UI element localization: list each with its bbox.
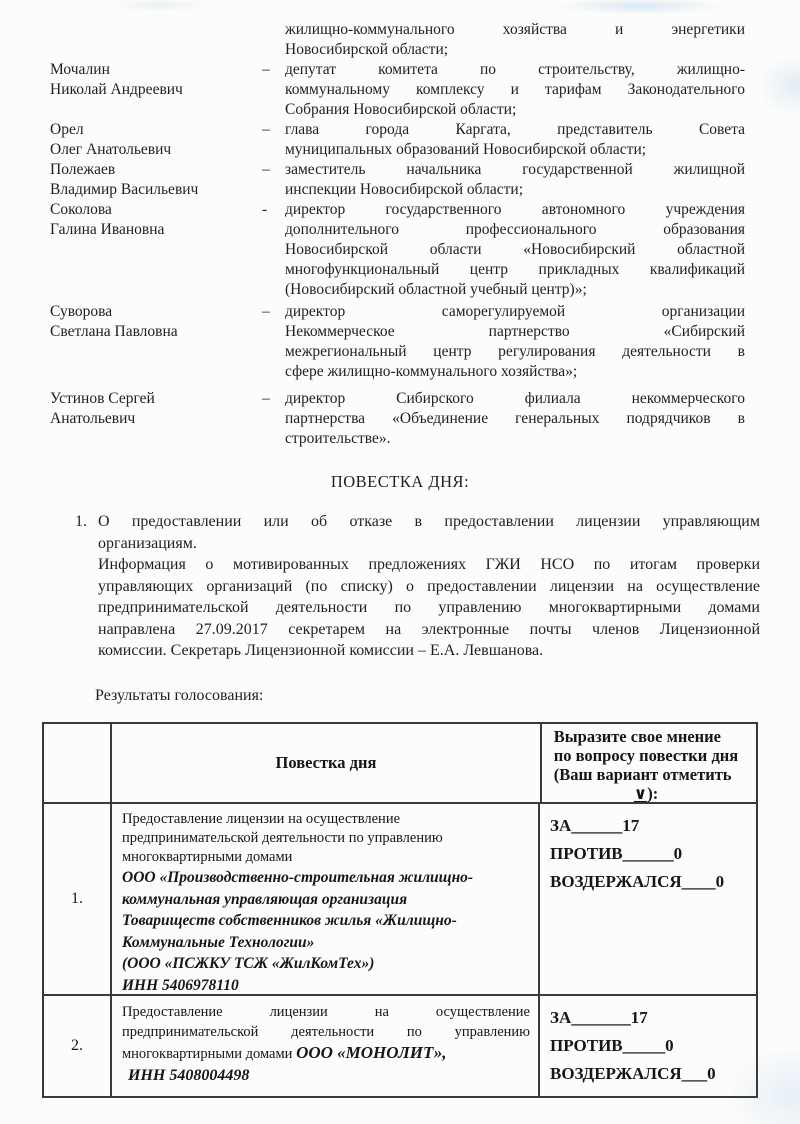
agenda-item-title: О предоставлении или об отказе в предост… [98,511,760,554]
row-description: Предоставление лицензии на осуществление… [110,804,538,994]
member-dash: - [262,200,285,220]
member-role: глава города Каргата, представитель Сове… [285,120,745,160]
row-description: Предоставление лицензии на осуществление… [110,996,538,1096]
organization-name: многоквартирными домами ООО «МОНОЛИТ», [122,1042,530,1065]
agenda-item-body: О предоставлении или об отказе в предост… [98,511,760,662]
header-agenda-cell: Повестка дня [110,724,540,802]
commission-members-list: жилищно-коммунального хозяйства и энерге… [0,20,800,449]
header-number-cell [44,724,110,802]
intro-continuation-text: жилищно-коммунального хозяйства и энерге… [285,20,745,60]
member-name: Устинов СергейАнатольевич [50,389,262,429]
organization-inn: ИНН 5408004498 [122,1065,530,1086]
table-row-2: 2. Предоставление лицензии на осуществле… [44,994,756,1096]
agenda-item-description: Информация о мотивированных предложениях… [98,554,760,662]
agenda-item-1: 1. О предоставлении или об отказе в пред… [0,511,800,662]
member-role: директор государственного автономного уч… [285,200,745,300]
member-name: ПолежаевВладимир Васильевич [50,160,262,200]
vote-check-mark: ∨): [634,784,658,803]
scanned-document-page: жилищно-коммунального хозяйства и энерге… [0,0,800,1124]
member-role: заместитель начальника государственной ж… [285,160,745,200]
member-name: ОрелОлег Анатольевич [50,120,262,160]
row-number: 1. [44,804,110,994]
header-vote-text: Выразите свое мнениепо вопросу повестки … [554,727,738,784]
member-row: СоколоваГалина Ивановна - директор госуд… [50,200,800,300]
member-role: директор Сибирского филиала некоммерческ… [285,389,745,449]
member-dash: – [262,160,285,180]
intro-continuation-row: жилищно-коммунального хозяйства и энерге… [50,20,800,60]
member-role: депутат комитета по строительству, жилищ… [285,60,745,120]
member-row: МочалинНиколай Андреевич – депутат комит… [50,60,800,120]
organization-name: ООО «Производственно-строительная жилищн… [122,867,530,996]
member-dash: – [262,302,285,322]
agenda-heading: ПОВЕСТКА ДНЯ: [0,472,800,492]
member-role: директор саморегулируемой организацииНек… [285,302,745,382]
table-row-1: 1. Предоставление лицензии на осуществле… [44,802,756,994]
row-number: 2. [44,996,110,1096]
voting-table: Повестка дня Выразите свое мнениепо вопр… [42,722,758,1098]
header-vote-cell: Выразите свое мнениепо вопросу повестки … [540,724,750,802]
member-name: СувороваСветлана Павловна [50,302,262,342]
member-row: ОрелОлег Анатольевич – глава города Карг… [50,120,800,160]
vote-results: ЗА______17ПРОТИВ______0ВОЗДЕРЖАЛСЯ____0 [538,804,748,994]
voting-results-label: Результаты голосования: [95,687,800,705]
vote-results: ЗА_______17ПРОТИВ_____0ВОЗДЕРЖАЛСЯ___0 [538,996,748,1096]
agenda-item-number: 1. [75,511,98,662]
member-row: Устинов СергейАнатольевич – директор Сиб… [50,389,800,449]
member-dash: – [262,389,285,409]
license-description: Предоставление лицензии на осуществление… [122,1002,530,1042]
license-description: Предоставление лицензии на осуществление… [122,810,530,867]
member-row: ПолежаевВладимир Васильевич – заместител… [50,160,800,200]
table-header-row: Повестка дня Выразите свое мнениепо вопр… [44,724,756,802]
member-name: МочалинНиколай Андреевич [50,60,262,100]
member-name: СоколоваГалина Ивановна [50,200,262,240]
member-dash: – [262,60,285,80]
member-dash: – [262,120,285,140]
member-row: СувороваСветлана Павловна – директор сам… [50,302,800,382]
